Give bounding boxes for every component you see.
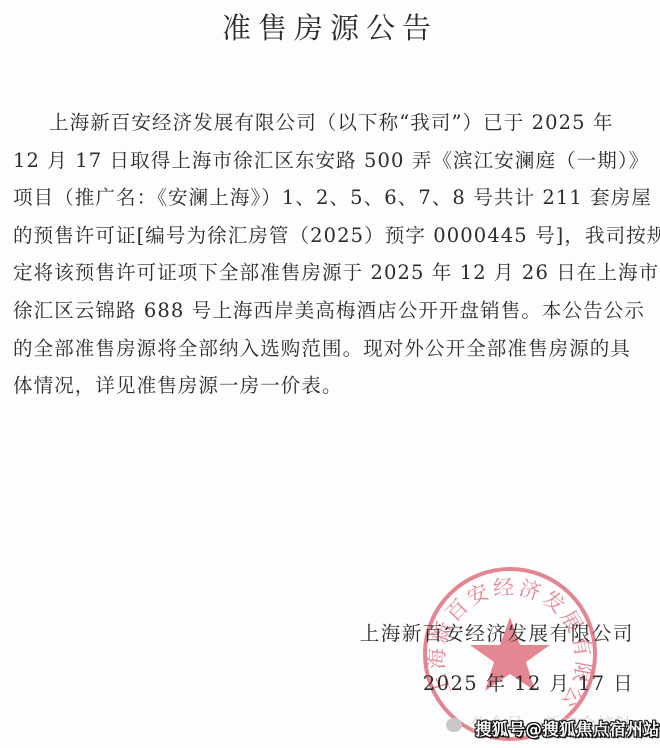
page-title: 准售房源公告 <box>0 8 660 48</box>
body-line: 12 月 17 日取得上海市徐汇区东安路 500 弄《滨江安澜庭（一期）》 <box>13 142 651 180</box>
body-line: 的预售许可证[编号为徐汇房管（2025）预字 0000445 号]，我司按规 <box>13 217 651 255</box>
document-page: 准售房源公告 上海新百安经济发展有限公司（以下称“我司”）已于 2025 年 1… <box>0 0 660 748</box>
body-line: 上海新百安经济发展有限公司（以下称“我司”）已于 2025 年 <box>13 104 651 142</box>
body-line: 徐汇区云锦路 688 号上海西岸美高梅酒店公开开盘销售。本公告公示 <box>13 292 651 330</box>
signature-company: 上海新百安经济发展有限公司 <box>360 618 634 646</box>
body-line: 体情况，详见准售房源一房一价表。 <box>13 367 651 405</box>
body-line: 项目（推广名：《安澜上海》）1、2、5、6、7、8 号共计 211 套房屋 <box>13 179 651 217</box>
announcement-body: 上海新百安经济发展有限公司（以下称“我司”）已于 2025 年 12 月 17 … <box>13 104 651 405</box>
body-line: 的全部准售房源将全部纳入选购范围。现对外公开全部准售房源的具 <box>13 330 651 368</box>
body-line: 定将该预售许可证项下全部准售房源于 2025 年 12 月 26 日在上海市 <box>13 254 651 292</box>
signature-date: 2025 年 12 月 17 日 <box>423 668 634 696</box>
wechat-icon <box>446 718 462 732</box>
sohu-watermark: 搜狐号@搜狐焦点宿州站 <box>475 716 660 740</box>
